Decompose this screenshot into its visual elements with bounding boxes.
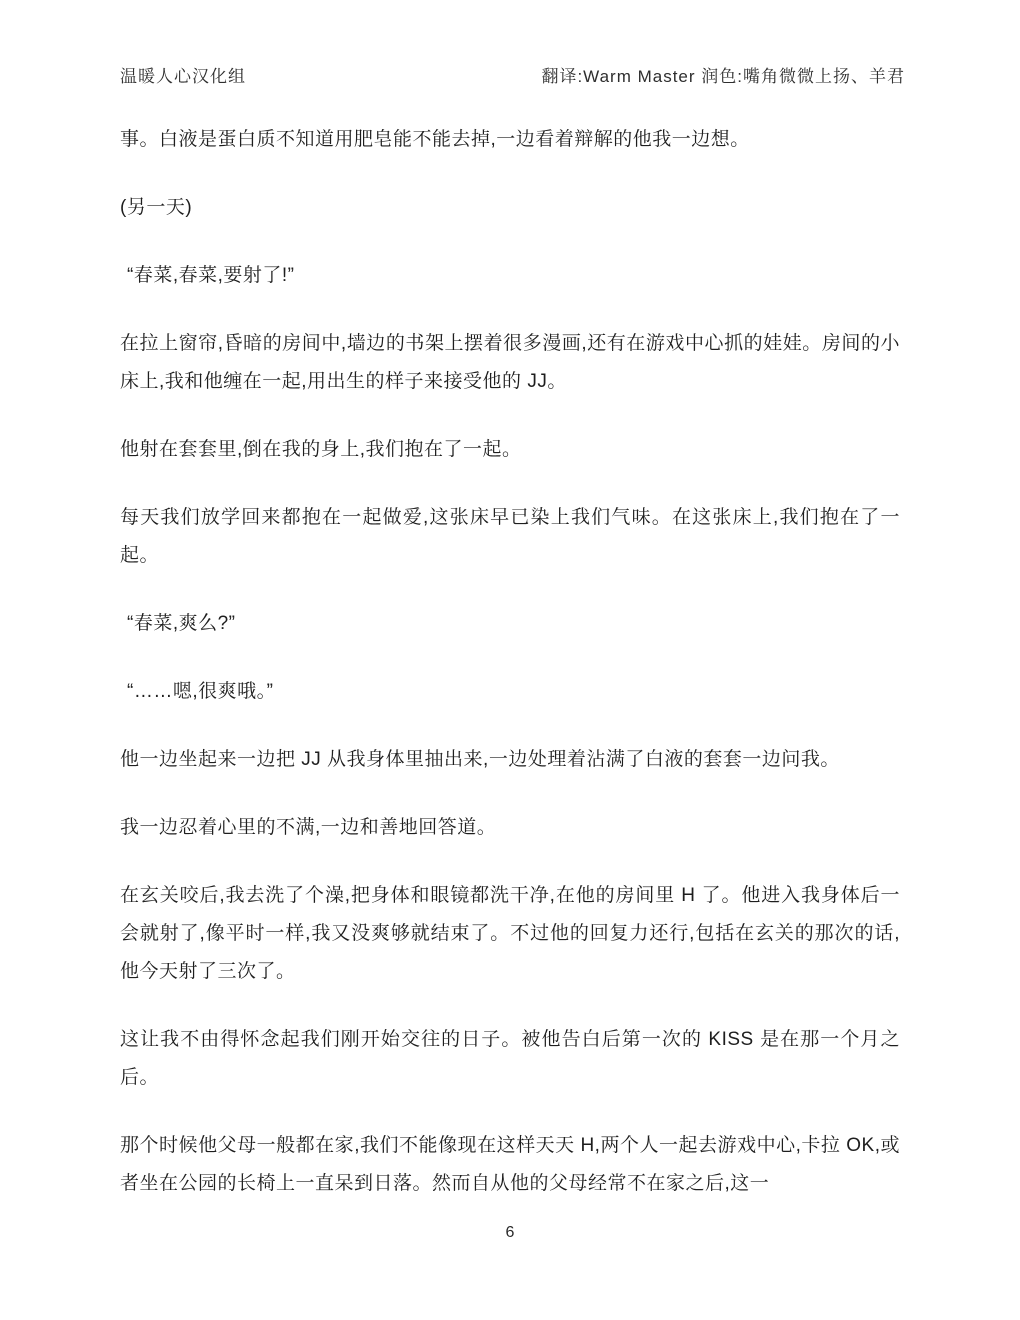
paragraph: (另一天) (120, 189, 900, 227)
page-footer: 6 (0, 1224, 1020, 1242)
paragraph: 他射在套套里,倒在我的身上,我们抱在了一起。 (120, 431, 900, 469)
paragraph: 事。白液是蛋白质不知道用肥皂能不能去掉,一边看着辩解的他我一边想。 (120, 121, 900, 159)
translation-credits: 翻译:Warm Master 润色:嘴角微微上扬、羊君 (541, 62, 905, 87)
paragraph: 这让我不由得怀念起我们刚开始交往的日子。被他告白后第一次的 KISS 是在那一个… (120, 1021, 900, 1097)
page-header: 温暖人心汉化组 翻译:Warm Master 润色:嘴角微微上扬、羊君 (0, 0, 1020, 87)
paragraph-dialogue: “春菜,爽么?” (120, 605, 900, 643)
paragraph: 在拉上窗帘,昏暗的房间中,墙边的书架上摆着很多漫画,还有在游戏中心抓的娃娃。房间… (120, 325, 900, 401)
paragraph: 每天我们放学回来都抱在一起做爱,这张床早已染上我们气味。在这张床上,我们抱在了一… (120, 499, 900, 575)
paragraph: 在玄关咬后,我去洗了个澡,把身体和眼镜都洗干净,在他的房间里 H 了。他进入我身… (120, 877, 900, 991)
document-page: 温暖人心汉化组 翻译:Warm Master 润色:嘴角微微上扬、羊君 事。白液… (0, 0, 1020, 1320)
paragraph: 他一边坐起来一边把 JJ 从我身体里抽出来,一边处理着沾满了白液的套套一边问我。 (120, 741, 900, 779)
paragraph-dialogue: “……嗯,很爽哦。” (120, 673, 900, 711)
translation-group-name: 温暖人心汉化组 (120, 62, 246, 87)
document-body: 事。白液是蛋白质不知道用肥皂能不能去掉,一边看着辩解的他我一边想。 (另一天) … (0, 87, 1020, 1203)
paragraph-dialogue: “春菜,春菜,要射了!” (120, 257, 900, 295)
page-number: 6 (506, 1224, 515, 1241)
paragraph: 那个时候他父母一般都在家,我们不能像现在这样天天 H,两个人一起去游戏中心,卡拉… (120, 1127, 900, 1203)
paragraph: 我一边忍着心里的不满,一边和善地回答道。 (120, 809, 900, 847)
